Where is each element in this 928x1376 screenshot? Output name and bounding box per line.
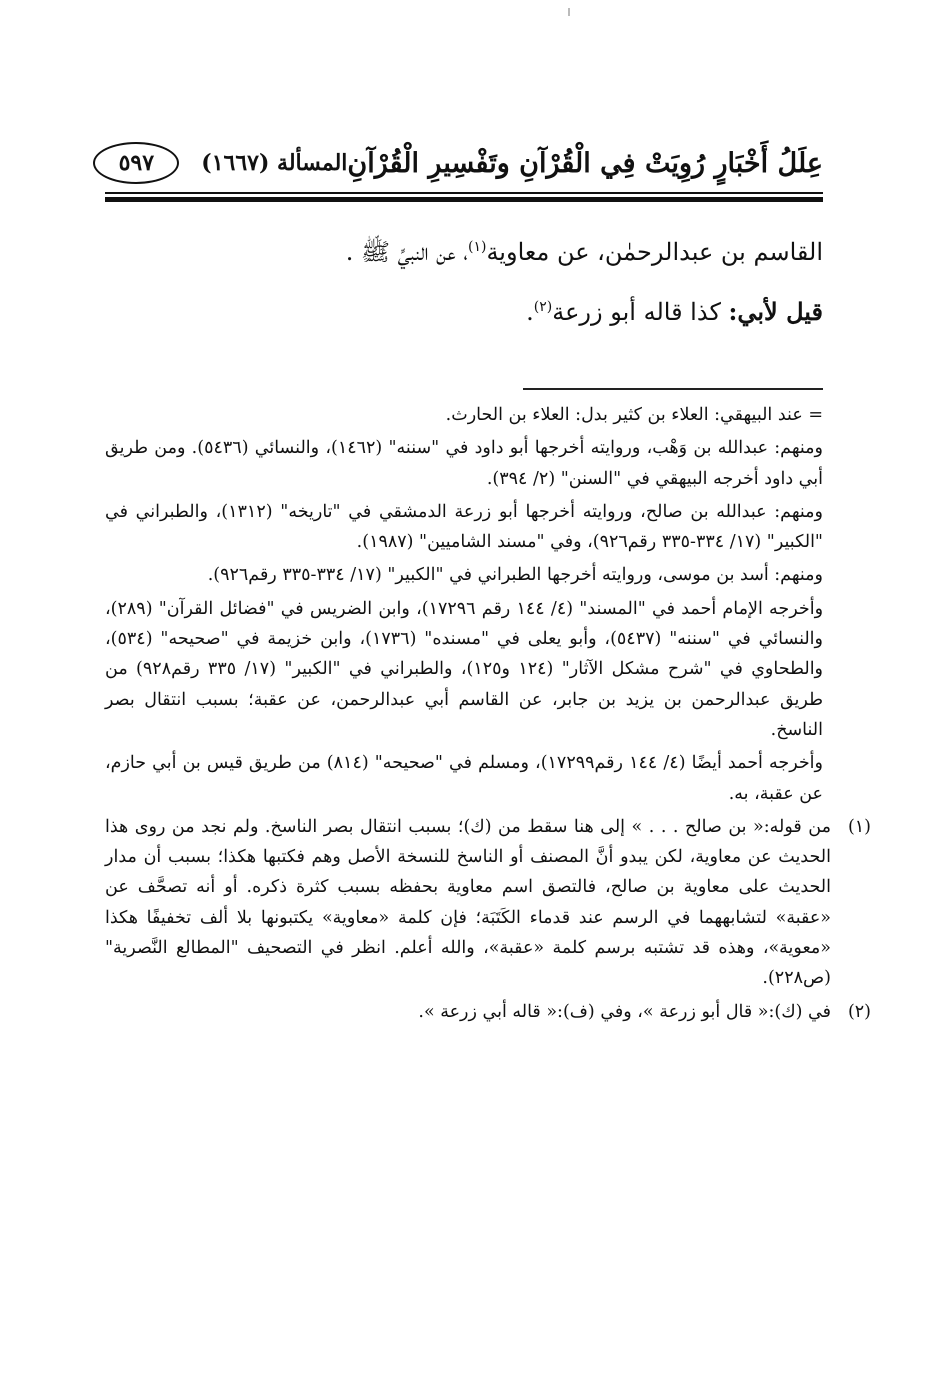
main-line-1: القاسم بن عبدالرحمٰن، عن معاوية(١)، عن ا… — [105, 222, 823, 282]
continuation-paragraph: ومنهم: عبدالله بن وَهْب، وروايته أخرجها … — [105, 433, 823, 494]
main-line-2-lead: قيل لأبي: — [729, 297, 823, 326]
header-rule-thin — [105, 192, 823, 194]
page-number-badge: ٥٩٧ — [93, 142, 179, 184]
book-title: عِلَلُ أَخْبَارٍ رُوِيَتْ فِي الْقُرْآنِ… — [347, 148, 823, 179]
footnote-number: (٢) — [831, 997, 871, 1027]
footnote-text: في (ك):« قال أبو زرعة »، وفي (ف):« قاله … — [105, 997, 831, 1027]
continuation-paragraph: ومنهم: عبدالله بن صالح، وروايته أخرجها أ… — [105, 497, 823, 558]
header-left-group: المسألة (١٦٦٧) ٥٩٧ — [93, 142, 347, 184]
main-line-1-tail: ، عن النبيِّ ﷺ . — [346, 238, 468, 266]
main-line-2: قيل لأبي: كذا قاله أبو زرعة(٢). — [105, 282, 823, 342]
main-line-2-text: كذا قاله أبو زرعة — [552, 298, 728, 326]
header-rule-thick — [105, 197, 823, 202]
main-text: القاسم بن عبدالرحمٰن، عن معاوية(١)، عن ا… — [105, 222, 823, 342]
footnotes-area: = عند البيهقي: العلاء بن كثير بدل: العلا… — [105, 400, 823, 1030]
footnote-text: من قوله:« بن صالح . . . » إلى هنا سقط من… — [105, 812, 831, 994]
continuation-paragraph: ومنهم: أسد بن موسى، وروايته أخرجها الطبر… — [105, 560, 823, 590]
issue-label: المسألة (١٦٦٧) — [201, 150, 347, 176]
main-line-2-tail: . — [526, 298, 534, 326]
continuation-paragraph: وأخرجه الإمام أحمد في "المسند" (٤/ ١٤٤ ر… — [105, 594, 823, 745]
footnote-separator — [523, 388, 823, 390]
continuation-paragraph: = عند البيهقي: العلاء بن كثير بدل: العلا… — [105, 400, 823, 430]
book-page: عِلَلُ أَخْبَارٍ رُوِيَتْ فِي الْقُرْآنِ… — [105, 0, 823, 1376]
footnote-ref-1[interactable]: (١) — [468, 239, 486, 255]
main-line-1-text: القاسم بن عبدالرحمٰن، عن معاوية — [486, 238, 823, 266]
continuation-paragraph: وأخرجه أحمد أيضًا (٤/ ١٤٤ رقم١٧٢٩٩)، ومس… — [105, 748, 823, 809]
footnote-1: (١) من قوله:« بن صالح . . . » إلى هنا سق… — [105, 812, 823, 994]
running-header: عِلَلُ أَخْبَارٍ رُوِيَتْ فِي الْقُرْآنِ… — [105, 138, 823, 188]
footnote-2: (٢) في (ك):« قال أبو زرعة »، وفي (ف):« ق… — [105, 997, 823, 1027]
footnote-ref-2[interactable]: (٢) — [534, 299, 552, 315]
footnote-number: (١) — [831, 812, 871, 842]
